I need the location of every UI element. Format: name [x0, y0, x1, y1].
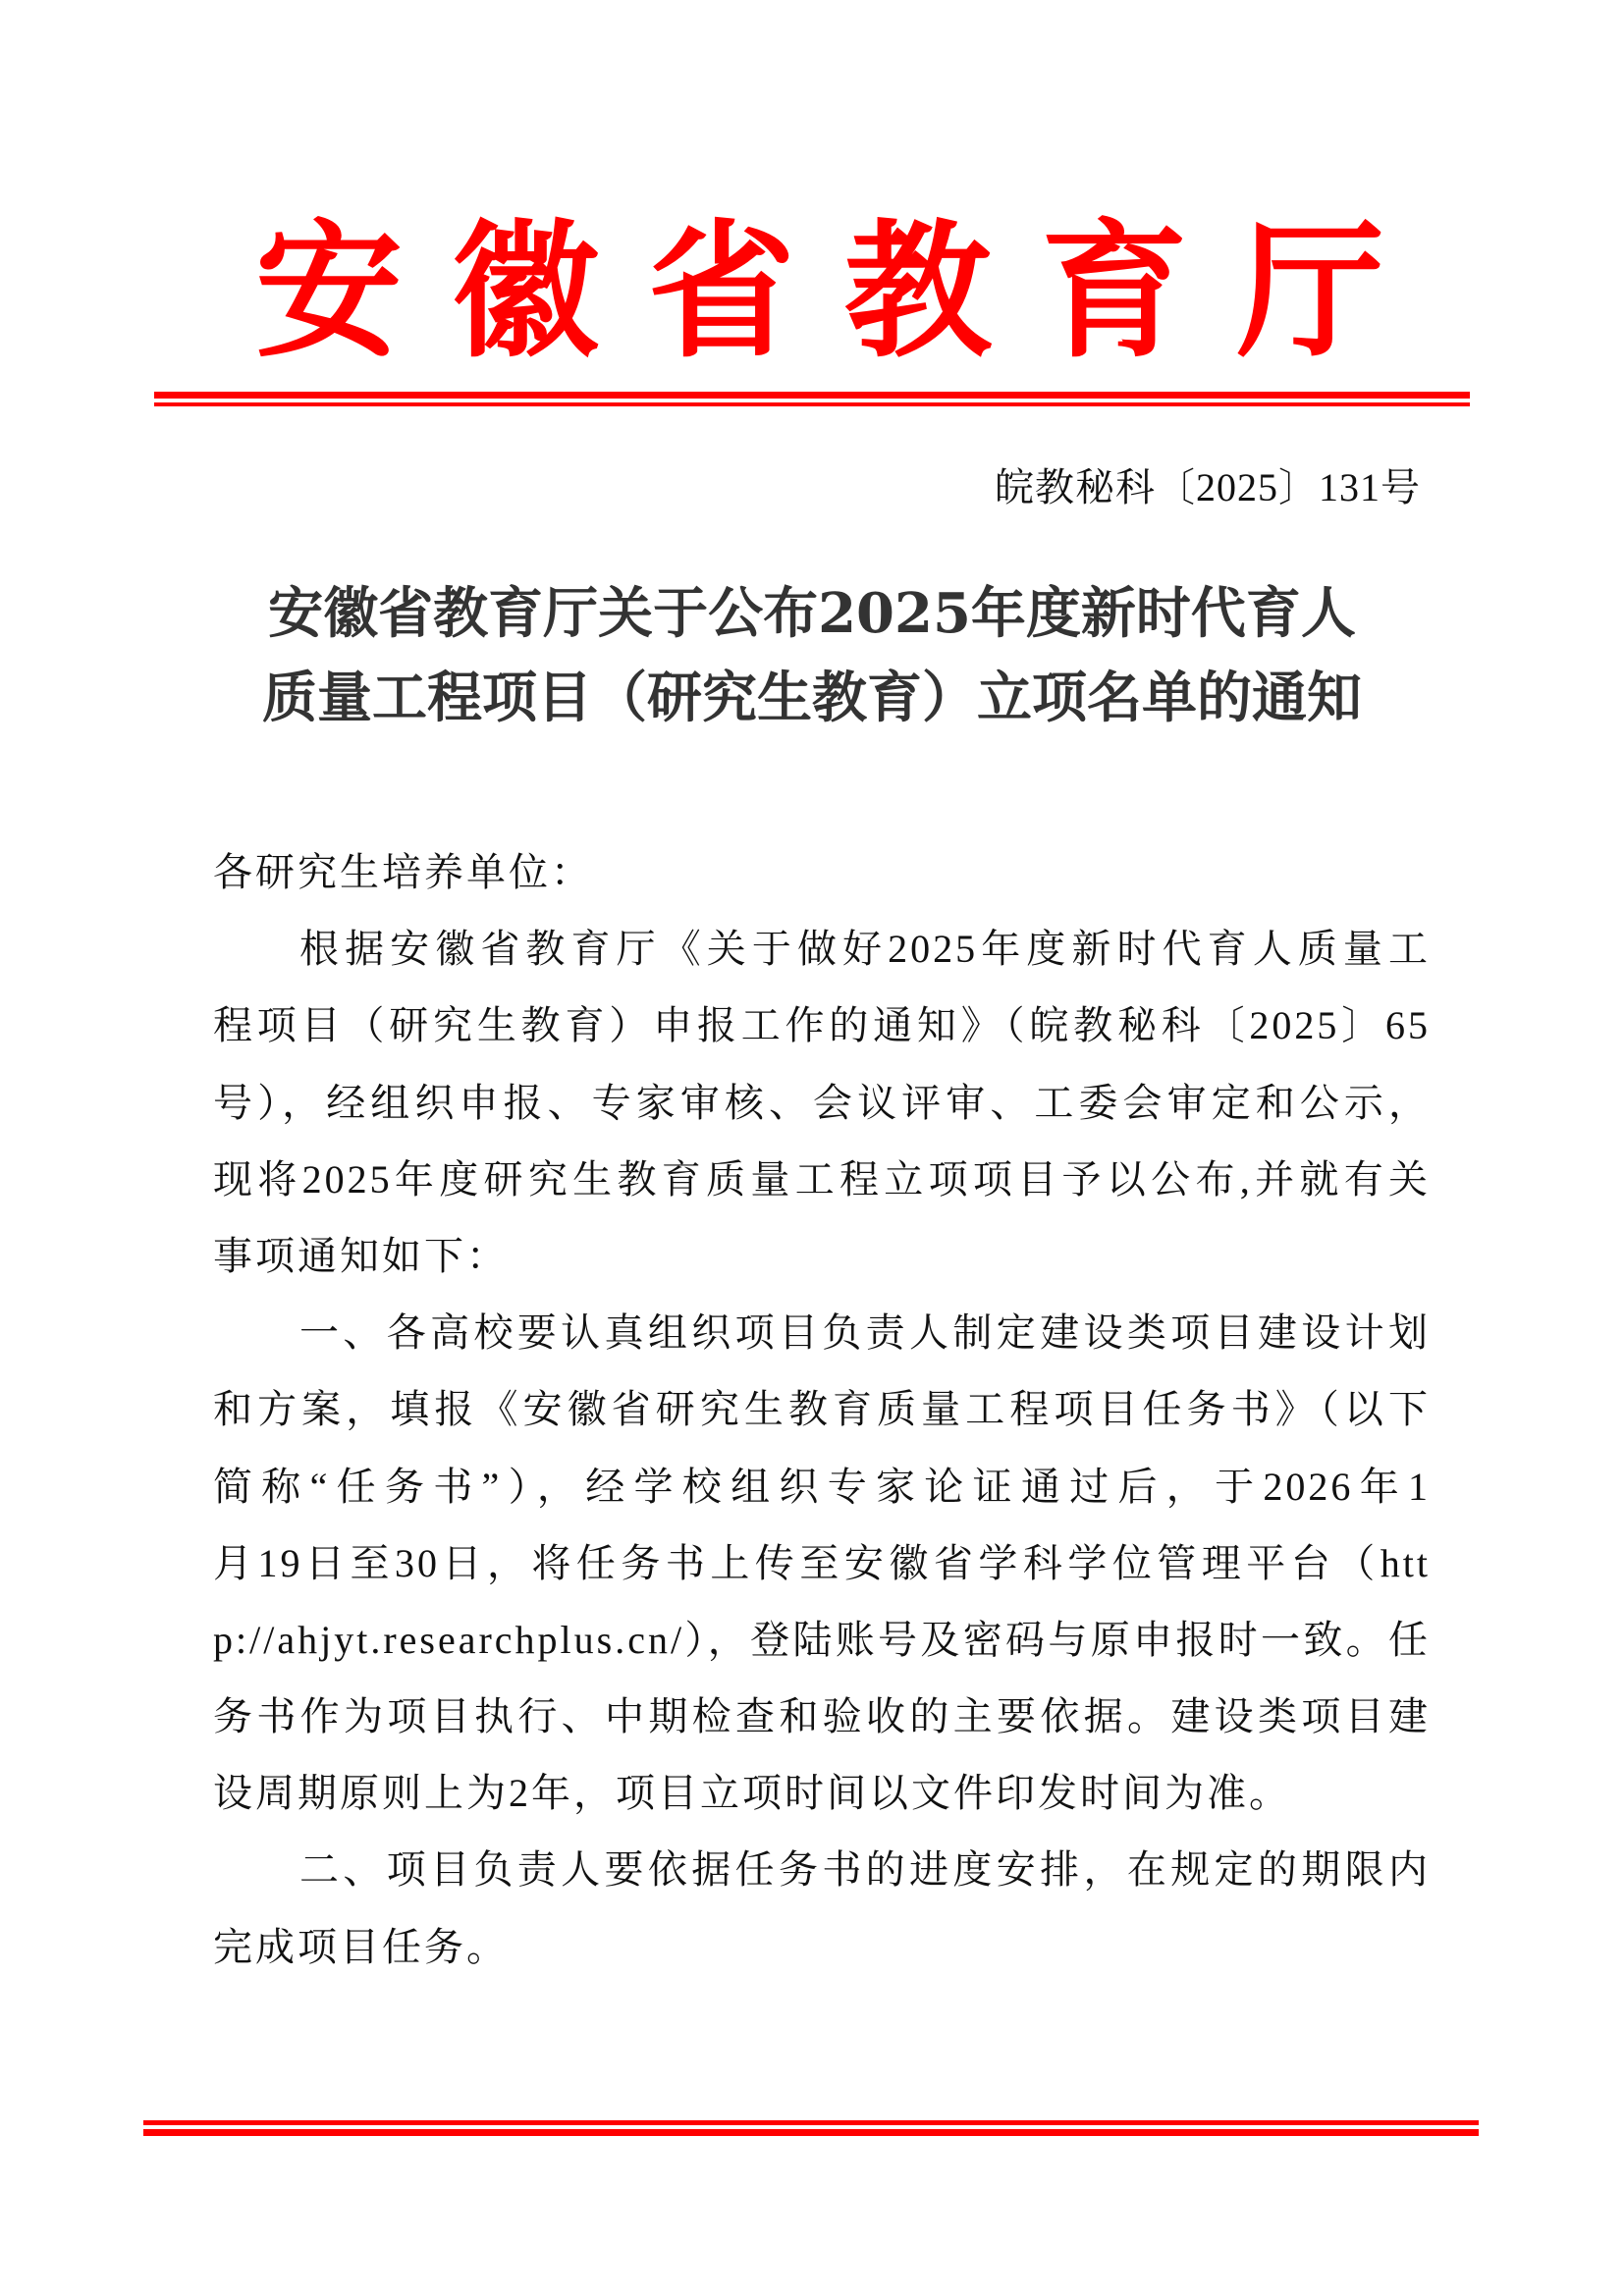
document-body: 各研究生培养单位： 根据安徽省教育厅《关于做好2025年度新时代育人质量工 程项… — [213, 834, 1431, 1986]
masthead-char: 省 — [648, 208, 795, 375]
masthead-char: 教 — [844, 208, 992, 375]
paragraph-2-line: 月19日至30日，将任务书上传至安徽省学科学位管理平台（htt — [213, 1525, 1431, 1602]
document-number: 皖教秘科〔2025〕131号 — [995, 463, 1421, 512]
masthead-char: 徽 — [452, 208, 599, 375]
paragraph-2-line: 和方案，填报《安徽省研究生教育质量工程项目任务书》（以下 — [213, 1371, 1431, 1448]
masthead-char: 育 — [1041, 208, 1188, 375]
document-page: 安 徽 省 教 育 厅 皖教秘科〔2025〕131号 安徽省教育厅关于公布202… — [0, 0, 1624, 2296]
document-title: 安徽省教育厅关于公布2025年度新时代育人 质量工程项目（研究生教育）立项名单的… — [196, 571, 1428, 740]
masthead-char: 安 — [255, 208, 403, 375]
masthead-anhui-education-department: 安 徽 省 教 育 厅 — [255, 208, 1384, 375]
paragraph-2-line: 一、各高校要认真组织项目负责人制定建设类项目建设计划 — [213, 1295, 1431, 1371]
salutation: 各研究生培养单位： — [213, 834, 1431, 911]
paragraph-2-line: 简称“任务书”），经学校组织专家论证通过后，于2026年1 — [213, 1449, 1431, 1525]
paragraph-1-line: 现将2025年度研究生教育质量工程立项项目予以公布,并就有关 — [213, 1142, 1431, 1218]
paragraph-2-line: 务书作为项目执行、中期检查和验收的主要依据。建设类项目建 — [213, 1679, 1431, 1755]
header-divider-thick — [154, 392, 1470, 399]
paragraph-1-line: 事项通知如下： — [213, 1218, 1431, 1295]
title-line-2: 质量工程项目（研究生教育）立项名单的通知 — [196, 656, 1428, 740]
paragraph-2-url-line: p://ahjyt.researchplus.cn/），登陆账号及密码与原申报时… — [213, 1602, 1431, 1679]
paragraph-1-line: 根据安徽省教育厅《关于做好2025年度新时代育人质量工 — [213, 911, 1431, 988]
header-divider-thin — [154, 402, 1470, 406]
paragraph-3-line: 二、项目负责人要依据任务书的进度安排，在规定的期限内 — [213, 1832, 1431, 1908]
footer-divider-thin — [143, 2120, 1479, 2125]
paragraph-1-line: 号），经组织申报、专家审核、会议评审、工委会审定和公示， — [213, 1065, 1431, 1142]
paragraph-1-line: 程项目（研究生教育）申报工作的通知》（皖教秘科〔2025〕65 — [213, 988, 1431, 1064]
masthead-char: 厅 — [1237, 208, 1384, 375]
footer-divider-thick — [143, 2129, 1479, 2136]
paragraph-2-line: 设周期原则上为2年，项目立项时间以文件印发时间为准。 — [213, 1755, 1431, 1832]
title-line-1: 安徽省教育厅关于公布2025年度新时代育人 — [196, 571, 1428, 656]
paragraph-3-line: 完成项目任务。 — [213, 1909, 1431, 1986]
